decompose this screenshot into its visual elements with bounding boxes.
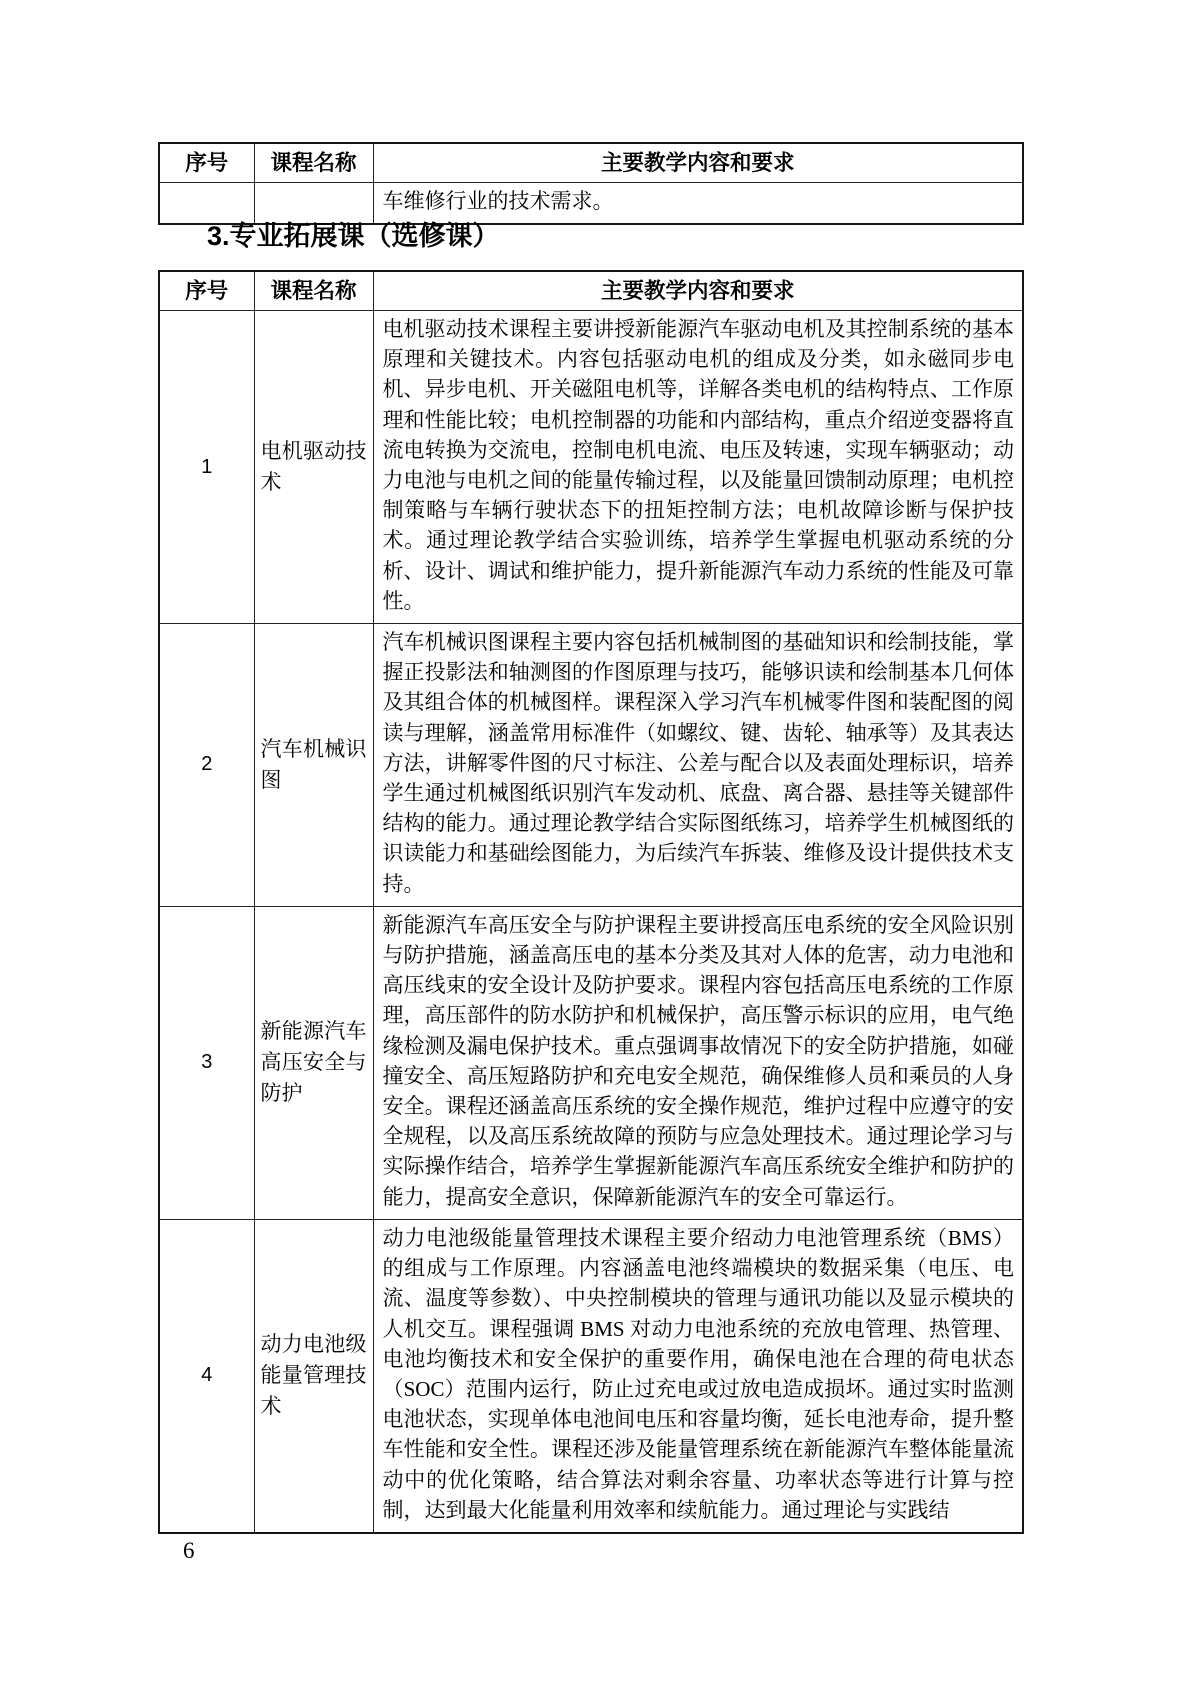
course-content: 汽车机械识图课程主要内容包括机械制图的基础知识和绘制技能，掌握正投影法和轴测图的… [373,624,1023,907]
courses-table: 序号 课程名称 主要教学内容和要求 1 电机驱动技术 电机驱动技术课程主要讲授新… [158,270,1024,1534]
continuation-table: 序号 课程名称 主要教学内容和要求 车维修行业的技术需求。 [158,142,1024,225]
header-course-name: 课程名称 [254,143,373,183]
header-content: 主要教学内容和要求 [373,143,1023,183]
continuation-row: 车维修行业的技术需求。 [159,183,1023,225]
course-seq: 2 [159,624,254,907]
section-heading: 3.专业拓展课（选修课） [207,219,500,253]
header-course-name: 课程名称 [254,271,373,311]
document-page: 序号 课程名称 主要教学内容和要求 车维修行业的技术需求。 3.专业拓展课（选修… [0,0,1191,1684]
continuation-name-cell [254,183,373,225]
continuation-table-header-row: 序号 课程名称 主要教学内容和要求 [159,143,1023,183]
course-name: 汽车机械识图 [254,624,373,907]
header-seq: 序号 [159,143,254,183]
table-row: 4 动力电池级能量管理技术 动力电池级能量管理技术课程主要介绍动力电池管理系统（… [159,1219,1023,1533]
course-name: 动力电池级能量管理技术 [254,1219,373,1533]
table-row: 3 新能源汽车高压安全与防护 新能源汽车高压安全与防护课程主要讲授高压电系统的安… [159,906,1023,1219]
course-seq: 3 [159,906,254,1219]
continuation-content-cell: 车维修行业的技术需求。 [373,183,1023,225]
courses-table-header-row: 序号 课程名称 主要教学内容和要求 [159,271,1023,311]
course-name: 电机驱动技术 [254,311,373,624]
course-seq: 1 [159,311,254,624]
continuation-seq-cell [159,183,254,225]
table-row: 1 电机驱动技术 电机驱动技术课程主要讲授新能源汽车驱动电机及其控制系统的基本原… [159,311,1023,624]
header-seq: 序号 [159,271,254,311]
course-content: 动力电池级能量管理技术课程主要介绍动力电池管理系统（BMS）的组成与工作原理。内… [373,1219,1023,1533]
course-content: 电机驱动技术课程主要讲授新能源汽车驱动电机及其控制系统的基本原理和关键技术。内容… [373,311,1023,624]
header-content: 主要教学内容和要求 [373,271,1023,311]
course-seq: 4 [159,1219,254,1533]
course-name: 新能源汽车高压安全与防护 [254,906,373,1219]
course-content: 新能源汽车高压安全与防护课程主要讲授高压电系统的安全风险识别与防护措施，涵盖高压… [373,906,1023,1219]
page-number: 6 [183,1538,195,1564]
table-row: 2 汽车机械识图 汽车机械识图课程主要内容包括机械制图的基础知识和绘制技能，掌握… [159,624,1023,907]
